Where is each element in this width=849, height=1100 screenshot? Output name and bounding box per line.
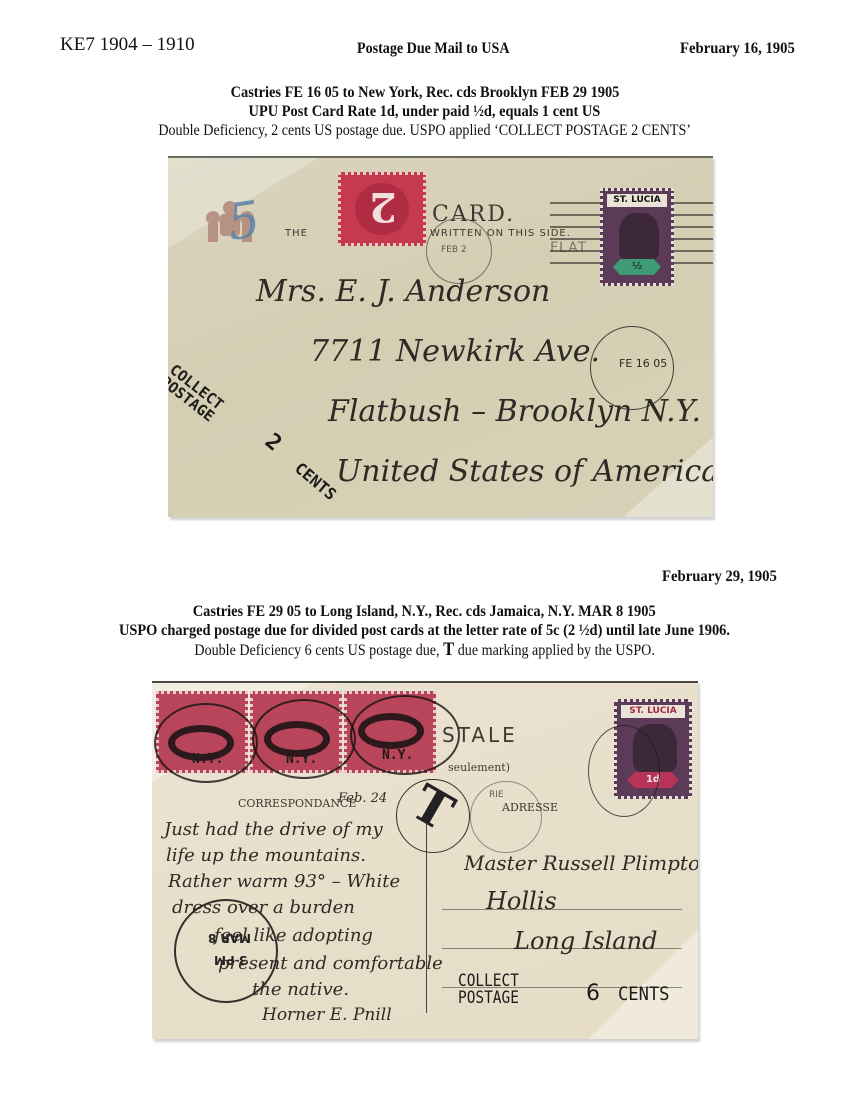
tax-mark-5: 5 <box>224 190 264 252</box>
due-value: 2 <box>369 183 397 230</box>
due-amount-2: 2 <box>260 430 284 455</box>
address-rule-1 <box>442 909 682 910</box>
jamaica-oval-1 <box>154 703 258 783</box>
item1-caption-line2: UPU Post Card Rate 1d, under paid ½d, eq… <box>249 102 601 121</box>
item1-caption-line3: Double Deficiency, 2 cents US postage du… <box>158 121 691 140</box>
castries-cds-2 <box>588 725 660 817</box>
item2-date: February 29, 1905 <box>662 568 777 586</box>
postcard-1: 5 2 CARD. THE WRITTEN ON THIS SIDE. FEB … <box>168 156 713 517</box>
stamp-value: ½ <box>613 259 661 275</box>
item2-caption-line3: Double Deficiency 6 cents US postage due… <box>194 640 654 660</box>
postcard-2: N.Y. N.Y. N.Y. STALE seulement) CORRESPO… <box>152 681 698 1039</box>
printed-the: THE <box>285 228 308 239</box>
st-lucia-halfpenny-stamp: ST. LUCIA ½ <box>600 188 674 286</box>
address-line-2: Hollis <box>486 887 557 915</box>
item1-caption-line1: Castries FE 16 05 to New York, Rec. cds … <box>230 83 619 102</box>
printed-seulement: seulement) <box>448 761 510 774</box>
address-line-4: United States of America <box>336 454 713 489</box>
stamp-country: ST. LUCIA <box>607 194 667 207</box>
item2-caption-line2: USPO charged postage due for divided pos… <box>119 621 730 640</box>
printed-carte-postale: STALE <box>442 723 518 747</box>
item1-date: February 16, 1905 <box>680 40 795 58</box>
address-line-1: Master Russell Plimpton <box>464 851 698 875</box>
transit-cds: RIE <box>470 781 542 853</box>
us-postage-due-stamp: 2 <box>338 172 426 246</box>
item2-caption-line1: Castries FE 29 05 to Long Island, N.Y., … <box>193 602 656 621</box>
address-line-2: 7711 Newkirk Ave. <box>310 334 600 369</box>
collect-postage-marking: COLLECT POSTAGE <box>458 973 519 1007</box>
address-line-3: Long Island <box>514 927 657 955</box>
collect-postage-marking: COLLECT POSTAGE <box>168 362 226 425</box>
due-unit-cents: CENTS <box>292 460 339 503</box>
due-unit-cents: CENTS <box>618 985 669 1004</box>
page-title: Postage Due Mail to USA <box>357 40 510 58</box>
address-line-3: Flatbush – Brooklyn N.Y. <box>328 394 701 429</box>
machine-cancel-flat: FLAT <box>550 240 587 256</box>
date-note: Feb. 24 <box>338 791 387 806</box>
cancel-ny-1: N.Y. <box>192 753 223 766</box>
stamp-country: ST. LUCIA <box>621 705 685 718</box>
item2-caption: Castries FE 29 05 to Long Island, N.Y., … <box>0 602 849 660</box>
cancel-ny-3: N.Y. <box>382 749 413 762</box>
reign-label: KE7 1904 – 1910 <box>60 34 195 56</box>
cancel-ny-2: N.Y. <box>286 753 317 766</box>
item1-caption: Castries FE 16 05 to New York, Rec. cds … <box>0 83 849 140</box>
address-line-1: Mrs. E. J. Anderson <box>256 274 550 309</box>
jamaica-oval-2 <box>252 699 356 779</box>
due-amount-6: 6 <box>586 983 600 1005</box>
